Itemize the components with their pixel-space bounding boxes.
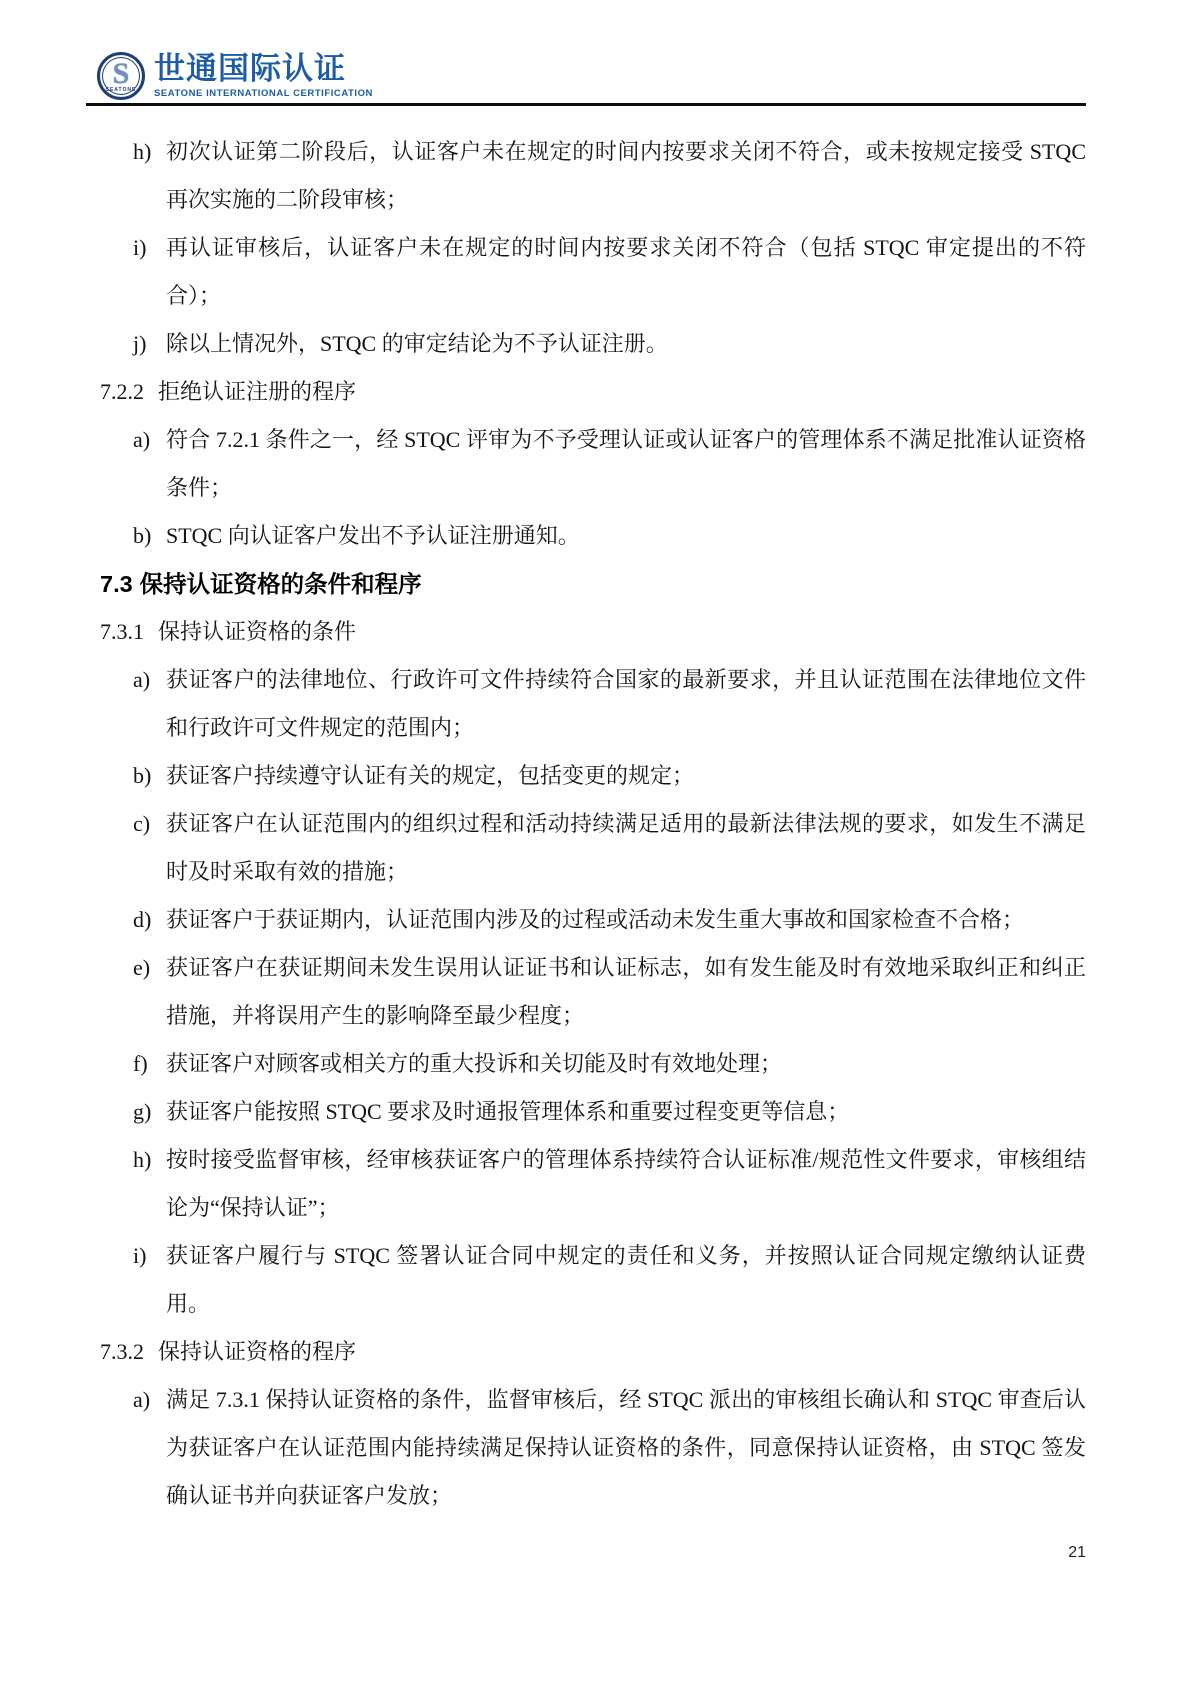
badge-word: SEATONE (100, 87, 142, 93)
list-item-text: 符合 7.2.1 条件之一，经 STQC 评审为不予受理认证或认证客户的管理体系… (166, 427, 1086, 500)
list-item-marker: a) (133, 416, 150, 464)
list-item: i)再认证审核后，认证客户未在规定的时间内按要求关闭不符合（包括 STQC 审定… (100, 224, 1086, 320)
list-item-marker: h) (133, 128, 151, 176)
list-item: b)获证客户持续遵守认证有关的规定，包括变更的规定； (100, 752, 1086, 800)
list-item-text: 获证客户能按照 STQC 要求及时通报管理体系和重要过程变更等信息； (166, 1099, 849, 1124)
list-item: b)STQC 向认证客户发出不予认证注册通知。 (100, 512, 1086, 560)
list-item-text: 获证客户的法律地位、行政许可文件持续符合国家的最新要求，并且认证范围在法律地位文… (166, 667, 1086, 740)
section-heading: 7.2.2拒绝认证注册的程序 (100, 368, 1086, 416)
list-item: a)符合 7.2.1 条件之一，经 STQC 评审为不予受理认证或认证客户的管理… (100, 416, 1086, 512)
list-item-marker: e) (133, 944, 150, 992)
list-item: h)按时接受监督审核，经审核获证客户的管理体系持续符合认证标准/规范性文件要求，… (100, 1136, 1086, 1232)
section-heading: 7.3.2保持认证资格的程序 (100, 1328, 1086, 1376)
list-item-text: 获证客户在获证期间未发生误用认证证书和认证标志，如有发生能及时有效地采取纠正和纠… (166, 955, 1086, 1028)
document-body: h)初次认证第二阶段后，认证客户未在规定的时间内按要求关闭不符合，或未按规定接受… (100, 128, 1086, 1520)
page-number: 21 (1068, 1544, 1086, 1562)
section-title: 保持认证资格的条件和程序 (140, 571, 422, 597)
list-item: h)初次认证第二阶段后，认证客户未在规定的时间内按要求关闭不符合，或未按规定接受… (100, 128, 1086, 224)
document-header: S SEATONE 世通国际认证 SEATONE INTERNATIONAL C… (97, 52, 373, 100)
list-item-marker: a) (133, 1376, 150, 1424)
list-item-text: 获证客户在认证范围内的组织过程和活动持续满足适用的最新法律法规的要求，如发生不满… (166, 811, 1086, 884)
section-number: 7.2.2 (100, 379, 144, 404)
section-number: 7.3 (100, 571, 133, 597)
list-item-marker: b) (133, 752, 151, 800)
seatone-badge-icon: S SEATONE (97, 52, 145, 100)
section-number: 7.3.1 (100, 619, 144, 644)
list-item-text: 获证客户对顾客或相关方的重大投诉和关切能及时有效地处理； (166, 1051, 782, 1076)
list-item: d)获证客户于获证期内，认证范围内涉及的过程或活动未发生重大事故和国家检查不合格… (100, 896, 1086, 944)
company-logo: S SEATONE 世通国际认证 SEATONE INTERNATIONAL C… (97, 52, 373, 100)
section-title: 保持认证资格的程序 (158, 1339, 356, 1364)
list-item: a)获证客户的法律地位、行政许可文件持续符合国家的最新要求，并且认证范围在法律地… (100, 656, 1086, 752)
list-item-marker: c) (133, 800, 150, 848)
list-item: g)获证客户能按照 STQC 要求及时通报管理体系和重要过程变更等信息； (100, 1088, 1086, 1136)
list-item-text: 除以上情况外，STQC 的审定结论为不予认证注册。 (166, 331, 668, 356)
list-item-marker: i) (133, 1232, 146, 1280)
list-item-text: 获证客户于获证期内，认证范围内涉及的过程或活动未发生重大事故和国家检查不合格； (166, 907, 1024, 932)
section-number: 7.3.2 (100, 1339, 144, 1364)
badge-letter: S (113, 59, 130, 89)
list-item-text: 再认证审核后，认证客户未在规定的时间内按要求关闭不符合（包括 STQC 审定提出… (166, 235, 1086, 308)
company-name-zh: 世通国际认证 (154, 53, 373, 86)
list-item-marker: i) (133, 224, 146, 272)
list-item-text: 初次认证第二阶段后，认证客户未在规定的时间内按要求关闭不符合，或未按规定接受 S… (166, 139, 1086, 212)
list-item-marker: b) (133, 512, 151, 560)
list-item: i)获证客户履行与 STQC 签署认证合同中规定的责任和义务，并按照认证合同规定… (100, 1232, 1086, 1328)
list-item-marker: d) (133, 896, 151, 944)
header-divider (86, 103, 1086, 106)
list-item-marker: j) (133, 320, 146, 368)
list-item-marker: h) (133, 1136, 151, 1184)
logo-text: 世通国际认证 SEATONE INTERNATIONAL CERTIFICATI… (154, 53, 373, 99)
list-item: e)获证客户在获证期间未发生误用认证证书和认证标志，如有发生能及时有效地采取纠正… (100, 944, 1086, 1040)
list-item: j)除以上情况外，STQC 的审定结论为不予认证注册。 (100, 320, 1086, 368)
list-item-marker: f) (133, 1040, 148, 1088)
list-item-text: 按时接受监督审核，经审核获证客户的管理体系持续符合认证标准/规范性文件要求，审核… (166, 1147, 1086, 1220)
list-item-marker: a) (133, 656, 150, 704)
list-item: f)获证客户对顾客或相关方的重大投诉和关切能及时有效地处理； (100, 1040, 1086, 1088)
section-heading: 7.3.1保持认证资格的条件 (100, 608, 1086, 656)
list-item: a)满足 7.3.1 保持认证资格的条件，监督审核后，经 STQC 派出的审核组… (100, 1376, 1086, 1520)
list-item-text: STQC 向认证客户发出不予认证注册通知。 (166, 523, 580, 548)
list-item-text: 满足 7.3.1 保持认证资格的条件，监督审核后，经 STQC 派出的审核组长确… (166, 1387, 1086, 1508)
list-item: c)获证客户在认证范围内的组织过程和活动持续满足适用的最新法律法规的要求，如发生… (100, 800, 1086, 896)
section-heading-bold: 7.3保持认证资格的条件和程序 (100, 560, 1086, 608)
list-item-text: 获证客户履行与 STQC 签署认证合同中规定的责任和义务，并按照认证合同规定缴纳… (166, 1243, 1086, 1316)
list-item-text: 获证客户持续遵守认证有关的规定，包括变更的规定； (166, 763, 694, 788)
company-name-en: SEATONE INTERNATIONAL CERTIFICATION (154, 88, 373, 99)
section-title: 保持认证资格的条件 (158, 619, 356, 644)
list-item-marker: g) (133, 1088, 151, 1136)
document-page: S SEATONE 世通国际认证 SEATONE INTERNATIONAL C… (0, 0, 1190, 1683)
section-title: 拒绝认证注册的程序 (158, 379, 356, 404)
